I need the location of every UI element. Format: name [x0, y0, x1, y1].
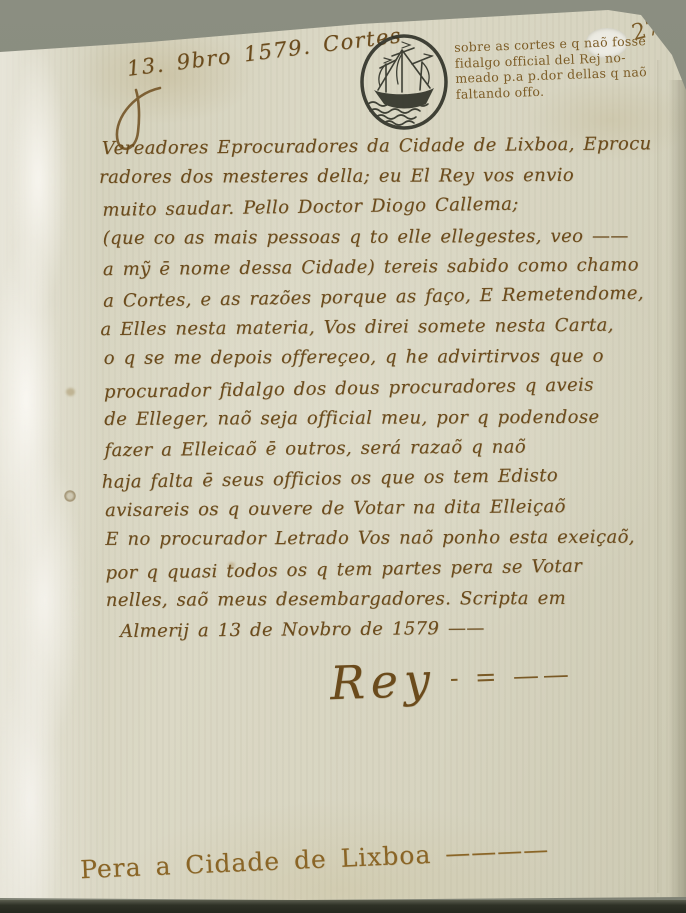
royal-signature: Rey - = —— — [329, 648, 574, 710]
signature-flourish: - = —— — [449, 660, 573, 694]
manuscript-line: muito saudar. Pello Doctor Diogo Callema… — [102, 192, 648, 230]
manuscript-line: por q quasi todos os q tem partes pera s… — [105, 554, 651, 592]
marginal-note: sobre as cortes e q naõ fosse fidalgo of… — [454, 32, 676, 102]
manuscript-scan: 13. 9bro 1579. Cortes 27 4 sob — [0, 0, 686, 913]
manuscript-line: de Elleger, naõ seja official meu, por q… — [104, 406, 650, 439]
top-mark: 4 — [366, 6, 376, 24]
signature-name: Rey — [329, 653, 437, 711]
manuscript-line: nelles, saõ meus desembargadores. Script… — [106, 587, 652, 620]
ship-stamp-icon — [356, 30, 452, 132]
manuscript-line: o q se me depois offereçeo, q he advirti… — [104, 346, 650, 379]
manuscript-line: (que co as mais pessoas q to elle ellege… — [103, 225, 649, 258]
scan-edge-strip — [0, 900, 686, 913]
address-line: Pera a Cidade de Lixboa ———— — [80, 835, 550, 884]
paper-sheet: 13. 9bro 1579. Cortes 27 4 sob — [0, 0, 686, 913]
manuscript-line: Vereadores Eprocuradores da Cidade de Li… — [102, 133, 648, 168]
manuscript-line: procurador fidalgo dos dous procuradores… — [104, 373, 650, 411]
manuscript-line: Almerij a 13 de Novbro de 1579 —— — [120, 616, 652, 651]
manuscript-line: E no procurador Letrado Vos naõ ponho es… — [105, 527, 651, 560]
manuscript-line: avisareis os q ouvere de Votar na dita E… — [105, 496, 651, 531]
manuscript-body: Vereadores Eprocuradores da Cidade de Li… — [0, 133, 686, 652]
